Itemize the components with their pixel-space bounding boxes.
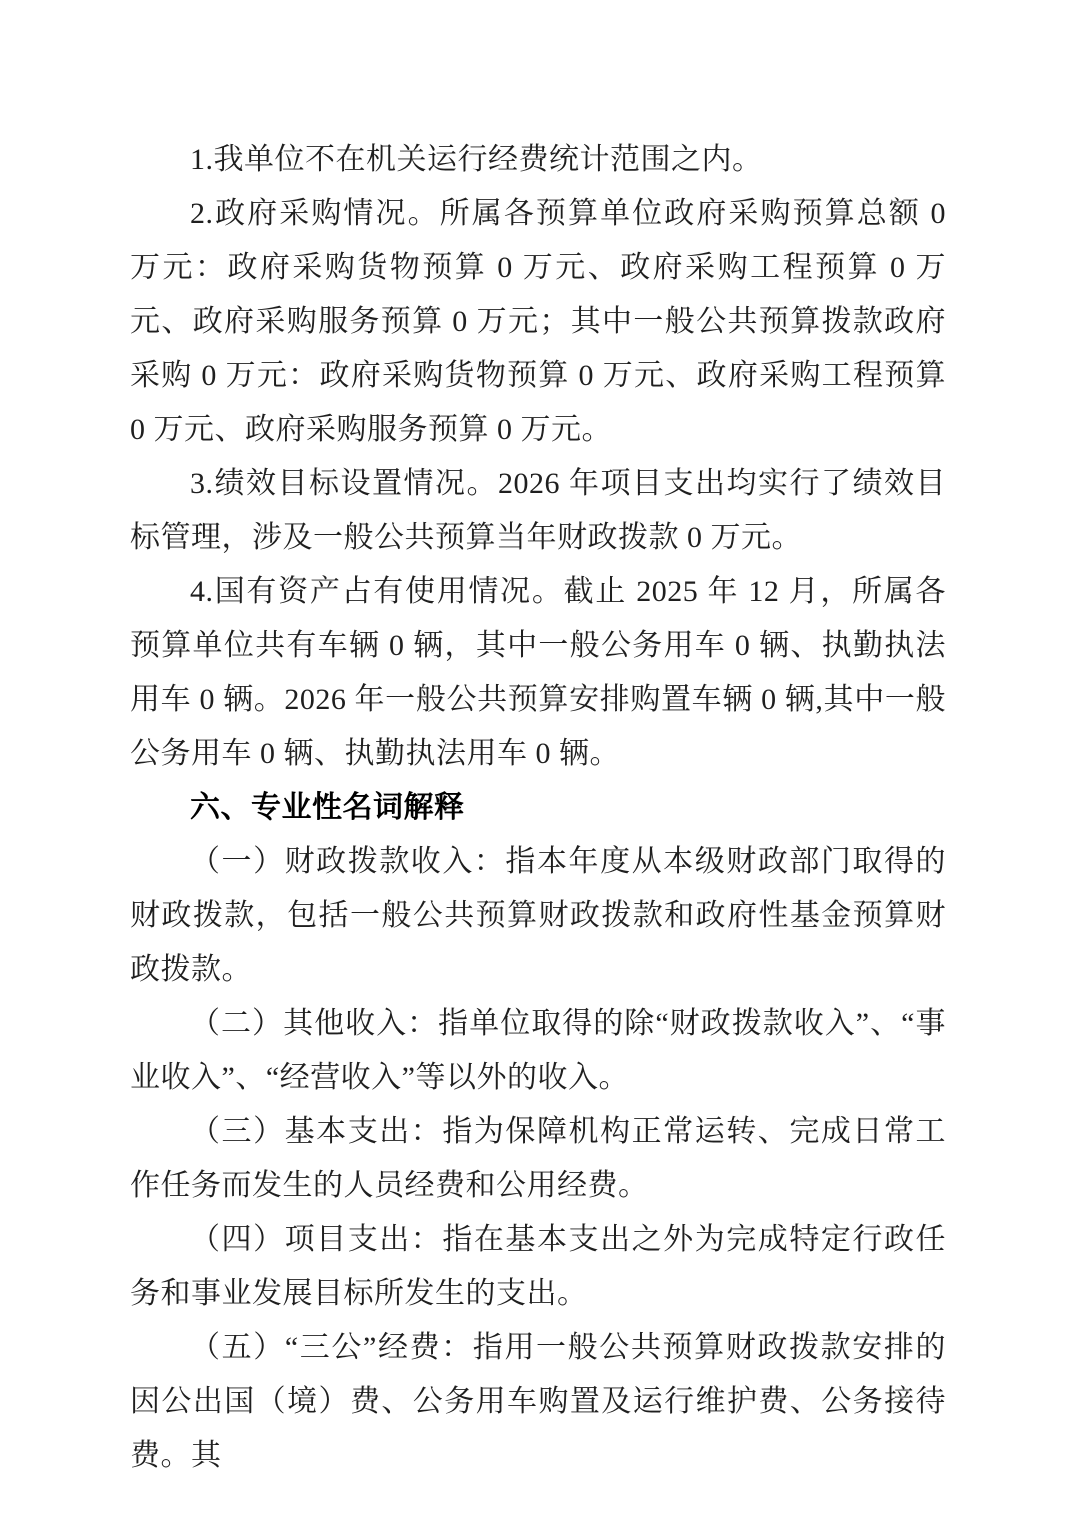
paragraph-term-other-income: （二）其他收入：指单位取得的除“财政拨款收入”、“事业收入”、“经营收入”等以外… [130, 997, 946, 1105]
document-body: 1.我单位不在机关运行经费统计范围之内。 2.政府采购情况。所属各预算单位政府采… [130, 133, 946, 1483]
paragraph-gov-procurement: 2.政府采购情况。所属各预算单位政府采购预算总额 0 万元：政府采购货物预算 0… [130, 187, 946, 457]
paragraph-state-assets: 4.国有资产占有使用情况。截止 2025 年 12 月，所属各预算单位共有车辆 … [130, 565, 946, 781]
section-heading-terminology: 六、专业性名词解释 [130, 781, 946, 835]
paragraph-term-project-expenditure: （四）项目支出：指在基本支出之外为完成特定行政任务和事业发展目标所发生的支出。 [130, 1213, 946, 1321]
paragraph-org-scope: 1.我单位不在机关运行经费统计范围之内。 [130, 133, 946, 187]
paragraph-performance-targets: 3.绩效目标设置情况。2026 年项目支出均实行了绩效目标管理，涉及一般公共预算… [130, 457, 946, 565]
paragraph-term-basic-expenditure: （三）基本支出：指为保障机构正常运转、完成日常工作任务而发生的人员经费和公用经费… [130, 1105, 946, 1213]
paragraph-term-fiscal-appropriation: （一）财政拨款收入：指本年度从本级财政部门取得的财政拨款，包括一般公共预算财政拨… [130, 835, 946, 997]
document-page: 1.我单位不在机关运行经费统计范围之内。 2.政府采购情况。所属各预算单位政府采… [0, 0, 1074, 1520]
paragraph-term-three-public-funds: （五）“三公”经费：指用一般公共预算财政拨款安排的因公出国（境）费、公务用车购置… [130, 1321, 946, 1483]
